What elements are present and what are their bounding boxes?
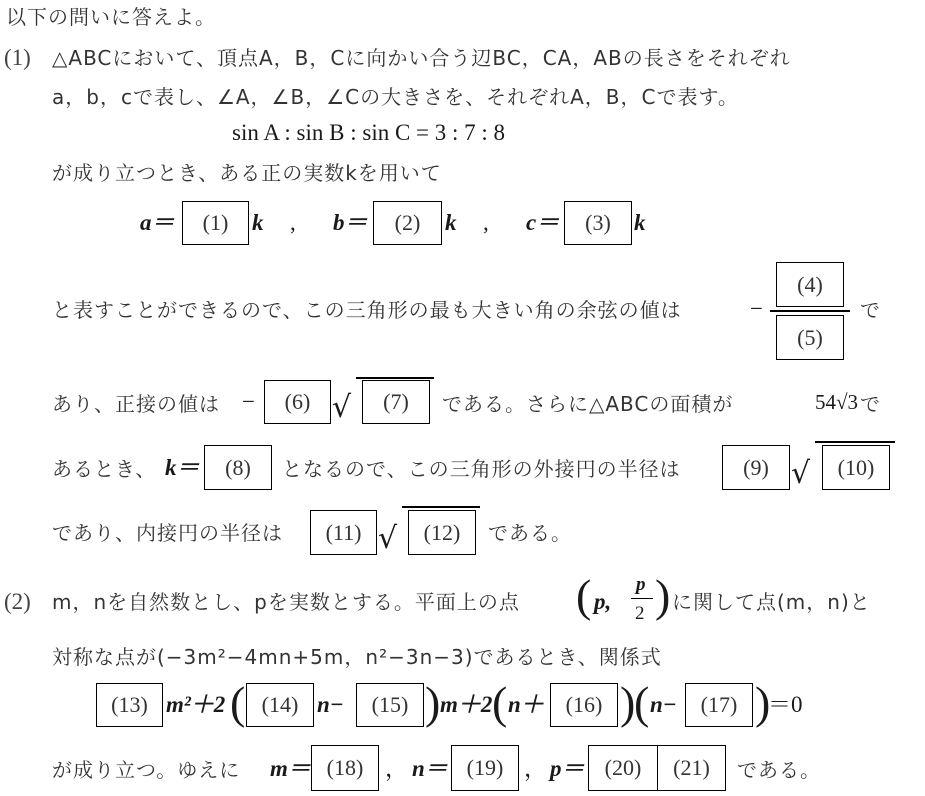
- eq-a-label: a＝: [140, 210, 175, 236]
- answer-blank-9[interactable]: (9): [722, 445, 790, 490]
- fraction-numerator-p: p: [636, 572, 646, 598]
- eq-part: n−: [317, 692, 344, 718]
- q2-line1a: m，nを自然数とし、pを実数とする。平面上の点: [52, 589, 520, 615]
- answer-blank-3[interactable]: (3): [564, 201, 632, 245]
- answer-blank-16[interactable]: (16): [550, 683, 618, 727]
- answer-blank-5[interactable]: (5): [776, 315, 844, 360]
- sqrt-symbol: √: [332, 393, 351, 423]
- m-equals: m＝: [270, 756, 311, 782]
- q1-line7b: である。: [488, 520, 572, 546]
- eq-part: ＝0: [768, 692, 803, 718]
- text-de: で: [860, 391, 881, 417]
- question-1-label: (1): [4, 45, 31, 71]
- minus-sign: −: [242, 389, 255, 415]
- q2-line3a: が成り立つ。ゆえに: [52, 757, 240, 783]
- instructions: 以下の問いに答えよ。: [6, 4, 216, 30]
- right-paren: ): [425, 680, 440, 726]
- eq-part: m²＋2: [166, 692, 225, 718]
- sqrt-vinculum: [815, 441, 895, 443]
- answer-blank-1[interactable]: (1): [182, 201, 249, 245]
- answer-blank-12[interactable]: (12): [408, 510, 476, 555]
- answer-blank-21[interactable]: (21): [657, 745, 726, 791]
- q1-line5b: である。さらに△ABCの面積が: [442, 391, 733, 417]
- left-paren: (: [230, 680, 245, 726]
- k-symbol: k: [445, 210, 457, 236]
- answer-blank-2[interactable]: (2): [373, 201, 442, 245]
- sqrt-vinculum: [402, 506, 480, 508]
- fraction-denominator: 2: [635, 601, 645, 627]
- eq-part: m＋2: [440, 692, 492, 718]
- fraction-bar: [631, 598, 653, 599]
- k-symbol: k: [252, 210, 264, 236]
- answer-blank-18[interactable]: (18): [311, 745, 379, 791]
- right-paren: ): [655, 573, 670, 619]
- eq-part: n＋: [508, 692, 544, 718]
- fraction-bar: [770, 310, 850, 312]
- q1-line6b: となるので、この三角形の外接円の半径は: [282, 456, 681, 482]
- separator: ，: [385, 756, 408, 782]
- k-equals: k＝: [165, 455, 200, 481]
- comma: ,: [483, 210, 489, 236]
- p-equals: p＝: [550, 756, 585, 782]
- separator: ，: [524, 756, 547, 782]
- answer-blank-6[interactable]: (6): [264, 380, 331, 424]
- answer-blank-4[interactable]: (4): [776, 262, 844, 307]
- answer-blank-19[interactable]: (19): [451, 745, 519, 791]
- q1-line6a: あるとき、: [52, 456, 156, 482]
- sqrt-symbol: √: [378, 524, 397, 554]
- answer-blank-20[interactable]: (20): [588, 745, 658, 791]
- k-symbol: k: [634, 210, 646, 236]
- q1-line4: と表すことができるので、この三角形の最も大きい角の余弦の値は: [52, 297, 682, 323]
- question-2-label: (2): [4, 589, 31, 615]
- q1-line3: が成り立つとき、ある正の実数kを用いて: [52, 160, 442, 186]
- point-p: p,: [594, 589, 611, 615]
- q2-line1b: に関して点(m，n)と: [672, 589, 871, 615]
- minus-sign: −: [750, 296, 763, 322]
- answer-blank-15[interactable]: (15): [356, 683, 424, 727]
- q1-line5: あり、正接の値は: [52, 391, 220, 417]
- answer-blank-14[interactable]: (14): [246, 683, 314, 727]
- n-equals: n＝: [412, 756, 448, 782]
- answer-blank-7[interactable]: (7): [362, 380, 430, 424]
- eq-c-label: c＝: [526, 210, 559, 236]
- left-paren: (: [634, 680, 649, 726]
- q1-line1: △ABCにおいて、頂点A，B，Cに向かい合う辺BC，CA，ABの長さをそれぞれ: [52, 45, 791, 71]
- q2-line3b: である。: [737, 757, 821, 783]
- q1-line2: a，b，cで表し、∠A，∠B，∠Cの大きさを、それぞれA，B，Cで表す。: [52, 84, 739, 110]
- answer-blank-13[interactable]: (13): [96, 683, 163, 727]
- answer-blank-17[interactable]: (17): [685, 683, 753, 727]
- eq-b-label: b＝: [333, 210, 368, 236]
- sqrt-vinculum: [356, 377, 434, 379]
- left-paren: (: [492, 680, 507, 726]
- left-paren: (: [576, 573, 591, 619]
- sqrt-symbol: √: [791, 459, 810, 489]
- answer-blank-11[interactable]: (11): [310, 510, 377, 555]
- eq-part: n−: [650, 692, 677, 718]
- text-de: で: [860, 297, 881, 323]
- answer-blank-10[interactable]: (10): [822, 445, 890, 490]
- q2-line2: 対称な点が(−3m²−4mn+5m，n²−3n−3)であるとき、関係式: [52, 644, 662, 670]
- q1-line7a: であり、内接円の半径は: [52, 520, 283, 546]
- sine-ratio: sin A : sin B : sin C = 3 : 7 : 8: [232, 120, 505, 146]
- area-value: 54√3: [815, 389, 858, 415]
- answer-blank-8[interactable]: (8): [204, 445, 272, 490]
- comma: ,: [290, 210, 296, 236]
